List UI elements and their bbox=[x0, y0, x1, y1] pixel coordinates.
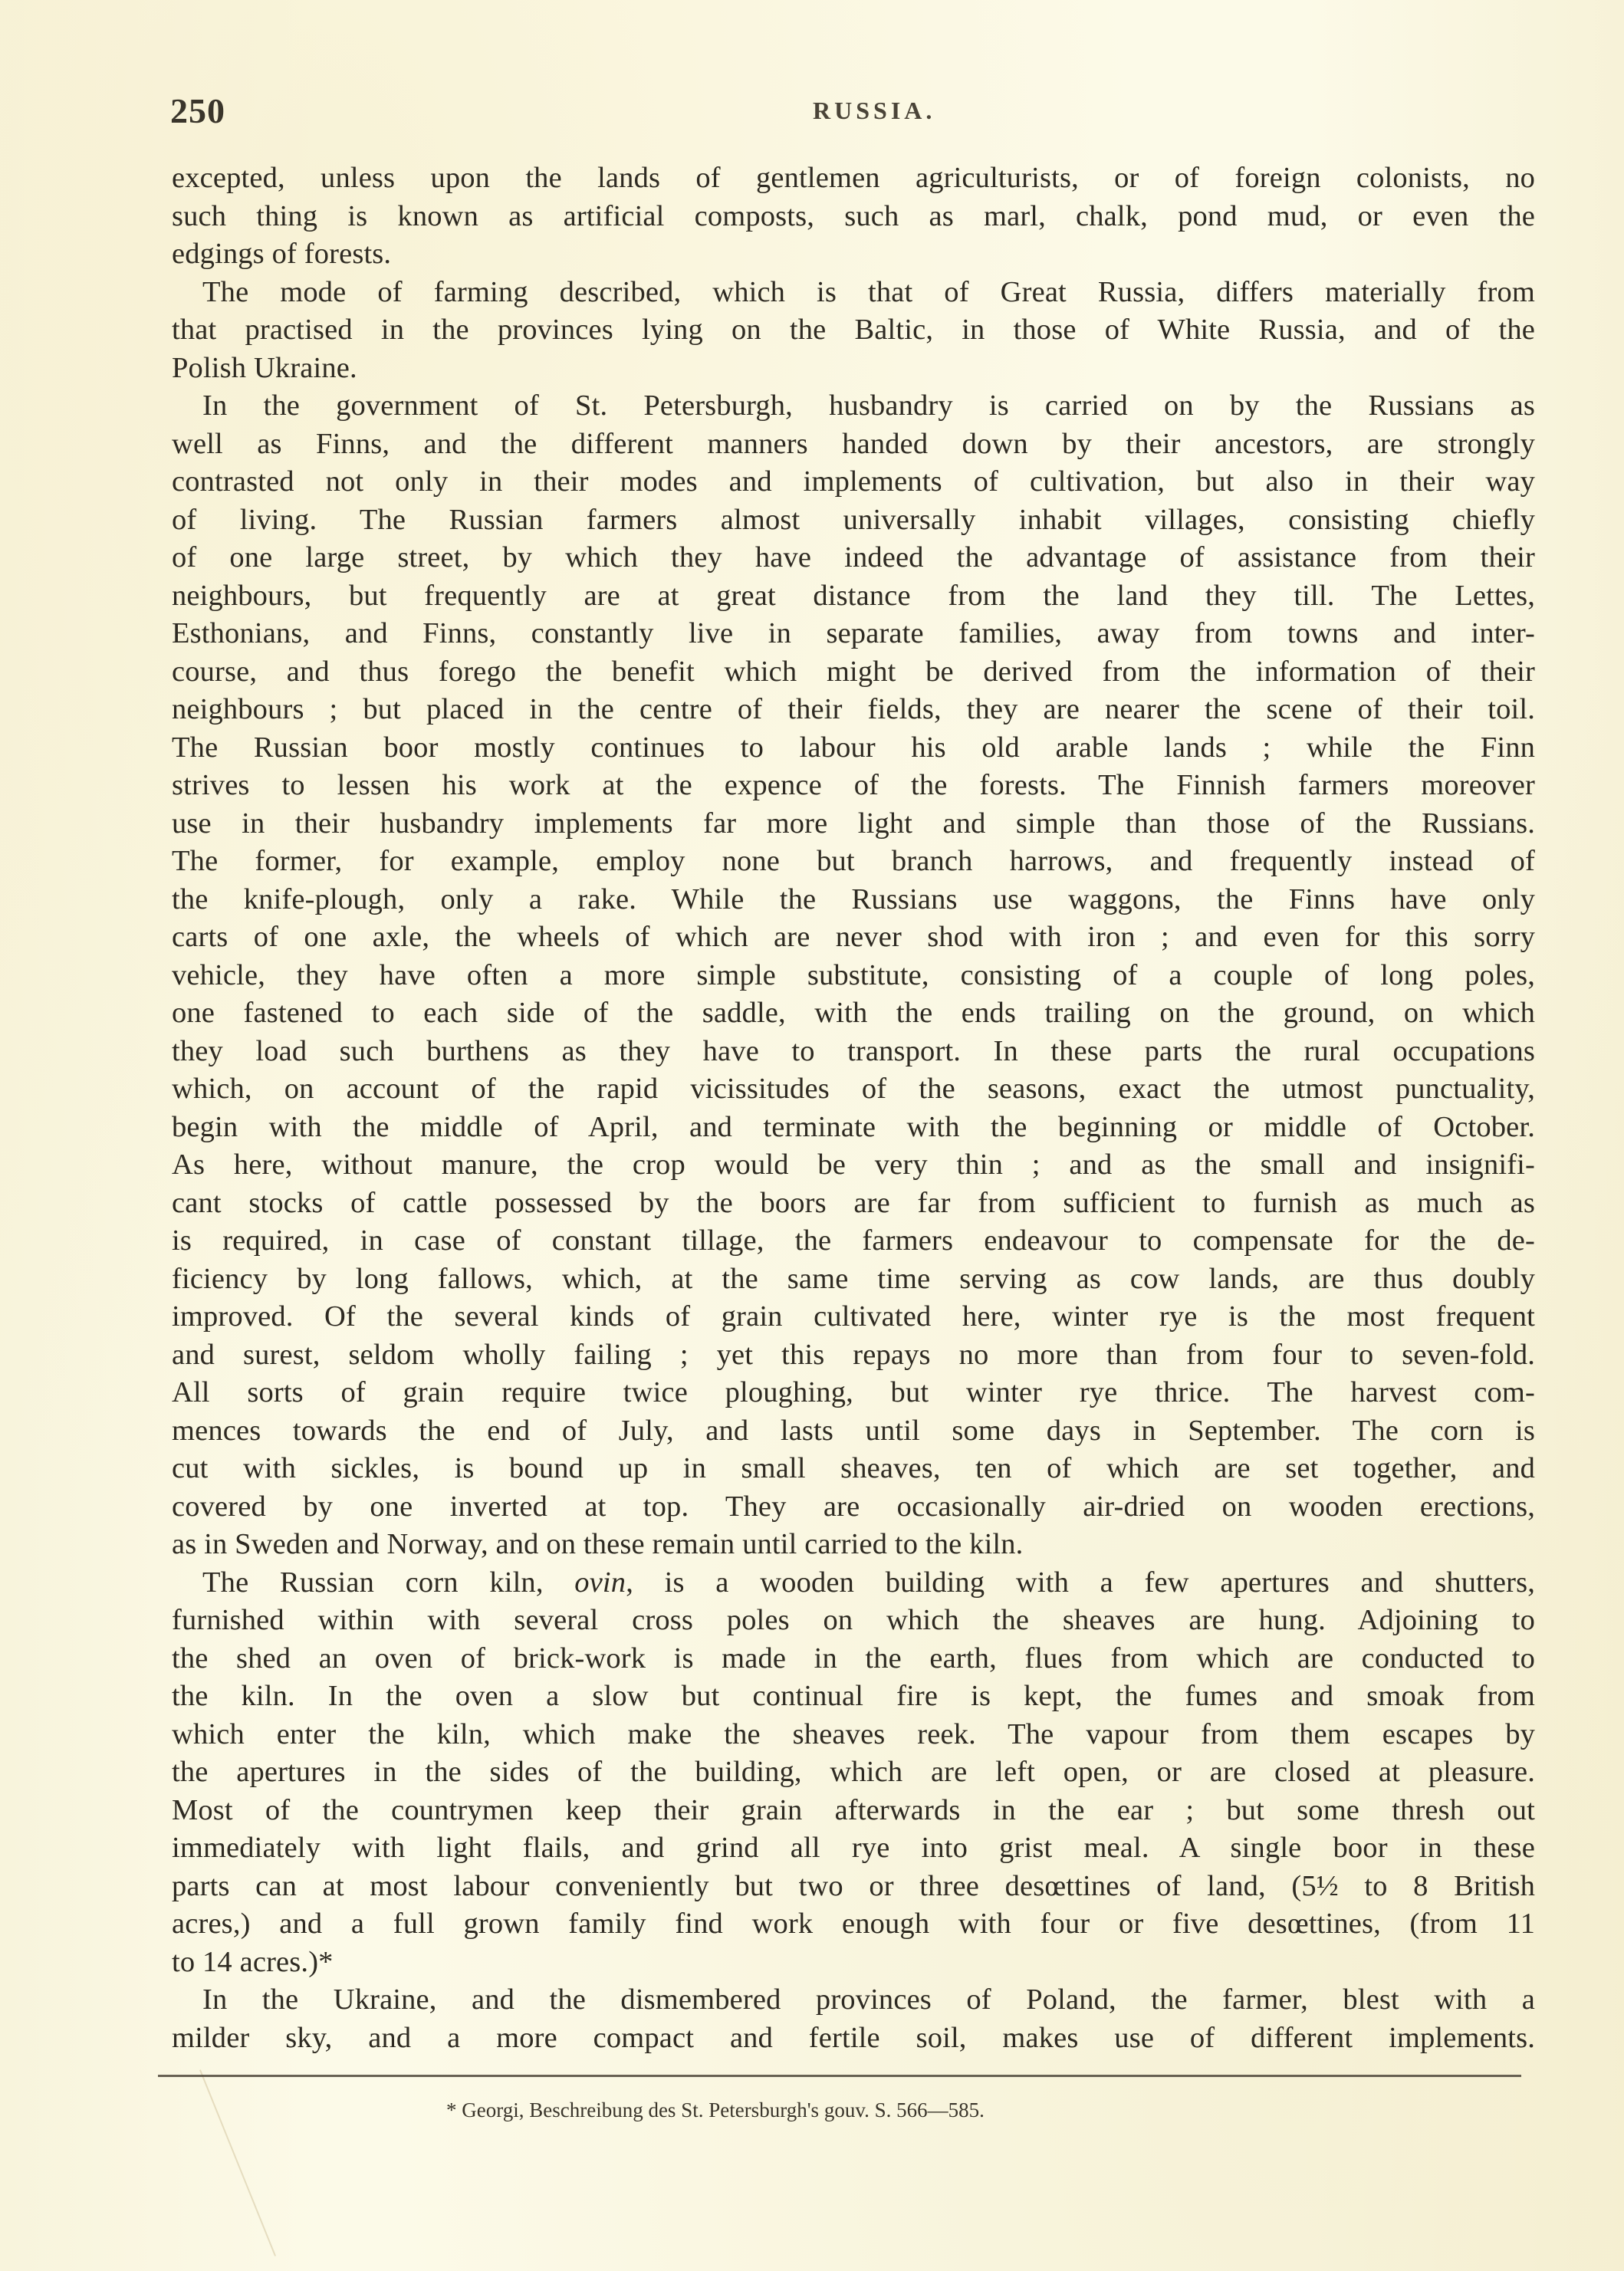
text-line: to 14 acres.)* bbox=[172, 1944, 1535, 1982]
text-line: In the government of St. Petersburgh, hu… bbox=[172, 387, 1535, 426]
text-line: mences towards the end of July, and last… bbox=[172, 1412, 1535, 1451]
running-head: 250 RUSSIA. bbox=[170, 90, 1534, 136]
text-line: as in Sweden and Norway, and on these re… bbox=[172, 1526, 1535, 1564]
text-line: use in their husbandry implements far mo… bbox=[172, 805, 1535, 843]
text-line: vehicle, they have often a more simple s… bbox=[172, 957, 1535, 995]
text-line: Most of the countrymen keep their grain … bbox=[172, 1792, 1535, 1830]
text-line: begin with the middle of April, and term… bbox=[172, 1109, 1535, 1147]
text-line: cut with sickles, is bound up in small s… bbox=[172, 1450, 1535, 1488]
text-line: the kiln. In the oven a slow but continu… bbox=[172, 1678, 1535, 1716]
text-line: The Russian corn kiln, ovin, is a wooden… bbox=[172, 1564, 1535, 1602]
text-line: carts of one axle, the wheels of which a… bbox=[172, 919, 1535, 957]
running-title: RUSSIA. bbox=[813, 97, 935, 125]
page-number: 250 bbox=[170, 90, 225, 131]
text-line: The former, for example, employ none but… bbox=[172, 843, 1535, 881]
text-segment: The Russian corn kiln, bbox=[202, 1566, 574, 1599]
text-line: of living. The Russian farmers almost un… bbox=[172, 501, 1535, 540]
text-line: immediately with light flails, and grind… bbox=[172, 1829, 1535, 1868]
text-line: ficiency by long fallows, which, at the … bbox=[172, 1260, 1535, 1299]
text-line: acres,) and a full grown family find wor… bbox=[172, 1905, 1535, 1944]
text-line: covered by one inverted at top. They are… bbox=[172, 1488, 1535, 1527]
text-line: which enter the kiln, which make the she… bbox=[172, 1716, 1535, 1754]
text-line: such thing is known as artificial compos… bbox=[172, 198, 1535, 236]
text-line: excepted, unless upon the lands of gentl… bbox=[172, 159, 1535, 198]
footnote: * Georgi, Beschreibung des St. Petersbur… bbox=[446, 2098, 985, 2122]
text-line: neighbours, but frequently are at great … bbox=[172, 577, 1535, 616]
footnote-rule bbox=[158, 2075, 1521, 2077]
text-line: Polish Ukraine. bbox=[172, 350, 1535, 388]
text-line: strives to lessen his work at the expenc… bbox=[172, 767, 1535, 805]
text-line: and surest, seldom wholly failing ; yet … bbox=[172, 1336, 1535, 1375]
text-line: well as Finns, and the different manners… bbox=[172, 426, 1535, 464]
text-line: milder sky, and a more compact and ferti… bbox=[172, 2020, 1535, 2058]
text-line: the apertures in the sides of the buildi… bbox=[172, 1753, 1535, 1792]
text-line: parts can at most labour conveniently bu… bbox=[172, 1868, 1535, 1906]
text-line: cant stocks of cattle possessed by the b… bbox=[172, 1185, 1535, 1223]
text-line: furnished within with several cross pole… bbox=[172, 1602, 1535, 1640]
text-line: As here, without manure, the crop would … bbox=[172, 1146, 1535, 1185]
text-line: edgings of forests. bbox=[172, 235, 1535, 274]
text-line: neighbours ; but placed in the centre of… bbox=[172, 691, 1535, 729]
text-line: contrasted not only in their modes and i… bbox=[172, 463, 1535, 501]
text-line: The mode of farming described, which is … bbox=[172, 274, 1535, 312]
text-line: the shed an oven of brick-work is made i… bbox=[172, 1640, 1535, 1678]
text-line: that practised in the provinces lying on… bbox=[172, 311, 1535, 350]
text-line: they load such burthens as they have to … bbox=[172, 1033, 1535, 1071]
text-line: the knife-plough, only a rake. While the… bbox=[172, 881, 1535, 919]
text-line: of one large street, by which they have … bbox=[172, 539, 1535, 577]
text-line: which, on account of the rapid vicissitu… bbox=[172, 1070, 1535, 1109]
text-line: In the Ukraine, and the dismembered prov… bbox=[172, 1981, 1535, 2020]
text-line: Esthonians, and Finns, constantly live i… bbox=[172, 615, 1535, 653]
italic-term: ovin bbox=[574, 1566, 626, 1599]
text-line: improved. Of the several kinds of grain … bbox=[172, 1298, 1535, 1336]
text-line: one fastened to each side of the saddle,… bbox=[172, 994, 1535, 1033]
text-line: The Russian boor mostly continues to lab… bbox=[172, 729, 1535, 767]
body-text: excepted, unless upon the lands of gentl… bbox=[172, 159, 1535, 2057]
text-line: is required, in case of constant tillage… bbox=[172, 1222, 1535, 1260]
text-line: course, and thus forego the benefit whic… bbox=[172, 653, 1535, 692]
text-line: All sorts of grain require twice ploughi… bbox=[172, 1374, 1535, 1412]
text-segment: , is a wooden building with a few apertu… bbox=[626, 1566, 1535, 1599]
